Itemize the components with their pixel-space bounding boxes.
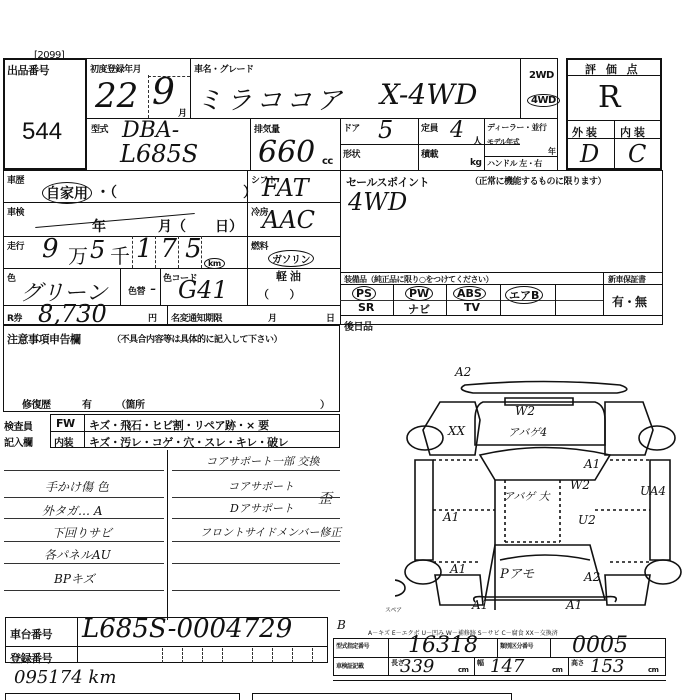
note-right-3: Dアサポート [230,500,294,516]
color-label: 色 [7,271,16,284]
capacity: 4 [450,118,464,143]
first-registration-month: 9 [152,72,175,113]
mileage-rest: 175 [136,234,210,264]
repair-value: 有 [82,396,92,411]
ac-value: AAC [262,206,315,234]
first-registration-year: 22 [95,76,138,116]
capacity-unit: 人 [473,134,482,147]
tax-label: 名変通知期限 [171,311,222,324]
car-name-label: 車名・グレード [194,62,254,75]
mileage-note: 095174 km [14,667,116,688]
sales-point-note: （正常に機能するものに限ります） [470,174,606,187]
fw-label: FW [56,417,75,430]
note-right-4: フロントサイドメンバー修正 [200,524,341,540]
equip-ps: PS [352,286,376,301]
handle-label: ハンドル 左・右 [487,158,542,169]
dmg-right-front-door-top: W2 [570,478,590,492]
mileage-sen: 5 [90,236,105,264]
sales-point-value: 4WD [348,188,407,216]
dmg-hood: Pアモ [500,563,534,582]
inspection-year: 年 [92,216,106,236]
chassis-value: L685S-0004729 [82,614,292,644]
spare-label: スペア [385,605,402,614]
load-unit: kg [470,158,481,168]
displacement: 660 [258,135,315,170]
mileage-man-unit: 万 [68,240,88,269]
lot-number-label: 出品番号 [7,62,49,78]
repair-label: 修復歴 [22,396,51,411]
notes-hint: （不具合内容等は具体的に記入して下さい） [112,332,282,345]
height-value: 153 [590,656,624,677]
length-unit: cm [458,666,468,674]
note-right-bracket: 歪 [318,488,332,508]
displacement-label: 排気量 [254,122,280,135]
usage-label: 車歴 [7,173,24,186]
doors: 5 [378,116,393,144]
type-approval-label: 型式指定番号 [336,641,369,650]
color-code: G41 [178,276,228,304]
length-value: 339 [400,656,434,677]
color-change-value: - [150,278,156,299]
notes-label: 注意事項申告欄 [7,331,81,347]
interior-grade: C [628,140,646,168]
fuel-other: （ ） [258,286,300,302]
fuel-gasoline: ガソリン [268,250,314,267]
note-left-5: BPキズ [54,570,95,587]
lot-number: 544 [22,118,62,146]
drive-2wd: 2WD [529,70,554,81]
mileage-man: 9 [42,234,59,264]
width-value: 147 [490,656,524,677]
note-left-3: 下回りサビ [52,524,112,541]
dmg-right-side: UA4 [640,484,666,498]
width-unit: cm [552,666,562,674]
equip-airbag: エアB [505,286,543,304]
tax-month: 月 [268,311,277,324]
int-items: キズ・汚レ・コゲ・穴・スレ・キレ・破レ [89,434,288,450]
car-name: ミラココア [196,80,346,117]
equip-tv: TV [464,301,480,314]
dmg-roof-front: アバゲ 大 [503,488,550,504]
note-right-1: コアサポート一部 交換 [206,453,320,469]
inspection-label: 車検 [7,205,24,218]
fuel-diesel: 軽 油 [276,268,300,284]
height-unit: cm [648,666,658,674]
dmg-left-rear-fender: XX [448,424,465,438]
diagram-mark: B [337,618,346,632]
dmg-roof: アバゲ4 [508,424,547,440]
tax-day: 日 [326,311,335,324]
displacement-unit: cc [322,156,333,167]
repair-close: ） [320,396,330,411]
note-right-2: コアサポート [228,478,294,494]
first-registration-label: 初度登録年月 [90,62,141,75]
recycle-value: 8,730 [38,300,107,328]
dmg-left-front-fender: A1 [450,562,466,576]
capacity-label: 定員 [421,121,438,134]
dmg-rear-hatch: W2 [515,404,535,418]
dmg-rear-bumper: A2 [455,365,471,379]
note-left-4: 各パネルAU [44,546,111,563]
category-value: 0005 [572,633,628,658]
dmg-right-front-door: U2 [578,513,596,527]
category-label: 類別区分番号 [500,641,533,650]
mileage-label: 走行 [7,239,24,252]
inspection-dims-label: 車検証記載 [336,661,364,670]
mileage-sen-unit: 千 [110,240,130,269]
dmg-left-door: A1 [443,510,459,524]
warranty-value: 有・無 [612,293,647,310]
model-year-label: モデル年式 [487,139,527,146]
dmg-front-bumper-right: A1 [566,598,582,612]
score: R [598,80,621,115]
load-label: 積載 [421,147,438,160]
month-unit: 月 [178,106,187,119]
dealer-label: ディーラー・並行 [487,122,546,133]
color-change-label: 色替 [128,284,145,297]
registration-label: 登録番号 [10,650,52,666]
dmg-right-rear-door: A1 [584,457,600,471]
fw-items: キズ・飛石・ヒビ割・リペア跡・× 要 [89,417,269,433]
equip-sr: SR [358,301,374,314]
int-label: 内装 [54,434,73,449]
fuel-label: 燃料 [251,239,268,252]
inspector-label-2: 記入欄 [4,434,33,449]
model-line2: L685S [120,140,198,168]
model-label: 型式 [91,122,108,135]
inspector-label-1: 検査員 [4,418,33,433]
recycle-label: R券 [7,311,22,324]
chassis-label: 車台番号 [10,626,52,642]
exterior-label: 外 装 [572,124,596,140]
usage-value: 自家用 [42,182,92,204]
dmg-front-bumper-left: A1 [472,598,488,612]
grade: X-4WD [380,78,477,111]
drive-4wd: 4WD [527,94,560,107]
repair-location: （箇所 [116,396,145,411]
inspection-day: 日） [215,216,243,236]
dmg-right-front-fender: A2 [584,570,600,584]
note-left-2: 外タガ… A [42,502,102,519]
note-left-1: 手かけ傷 色 [45,478,109,495]
type-approval-value: 16318 [408,633,478,658]
exterior-grade: D [580,140,599,168]
height-label: 高さ [571,658,584,668]
doors-label: ドア [343,121,360,134]
aftermarket-label: 後日品 [344,318,373,333]
usage-other: ・（ ） [96,182,257,202]
recycle-unit: 円 [148,311,157,324]
body-type-label: 形状 [343,147,360,160]
equip-abs: ABS [453,286,486,301]
width-label: 幅 [477,658,484,668]
equip-pw: PW [405,286,433,301]
inspection-month: 月（ [158,216,186,236]
interior-label: 内 装 [620,124,644,140]
shift-value: FAT [262,174,309,202]
